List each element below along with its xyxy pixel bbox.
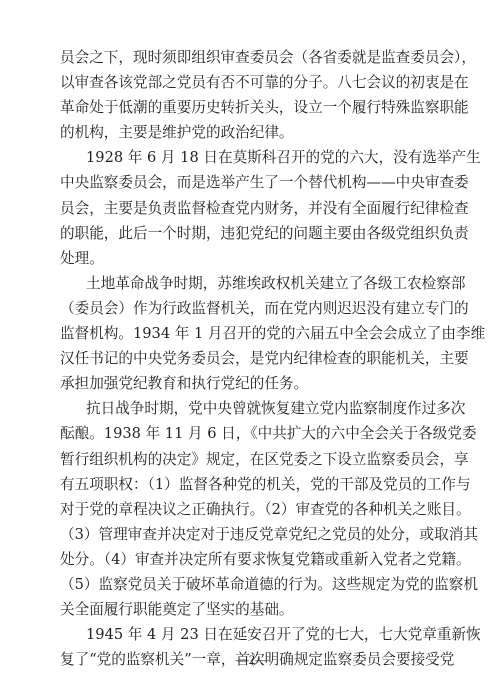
text-line: 的职能，此后一个时期，违犯党纪的问题主要由各级党组织负责 [60, 221, 443, 246]
text-line: 酝酿。1938 年 11 月 6 日，《中共扩大的六中全会关于各级党委 [60, 421, 443, 446]
text-line: 监督机构。1934 年 1 月召开的党的六届五中全会会成立了由李维 [60, 321, 443, 346]
text-line: 中央监察委员会，而是选举产生了一个替代机构——中央审查委 [60, 170, 443, 195]
paragraph: 员会之下，现时须即组织审查委员会（各省委就是监查委员会）， 以审查各该党部之党员… [60, 45, 443, 145]
text-line: 员会，主要是负责监督检查党内财务，并没有全面履行纪律检查 [60, 196, 443, 221]
text-line: 处理。 [60, 246, 443, 271]
text-line: 员会之下，现时须即组织审查委员会（各省委就是监查委员会）， [60, 45, 443, 70]
paragraph: 1928 年 6 月 18 日在莫斯科召开的党的六大，没有选举产生 中央监察委员… [60, 145, 443, 270]
text-line: 抗日战争时期，党中央曾就恢复建立党内监察制度作过多次 [60, 396, 443, 421]
text-line: 1945 年 4 月 23 日在延安召开了党的七大，七大党章重新恢 [60, 622, 443, 647]
text-line: 革命处于低潮的重要历史转折关头，设立一个履行特殊监察职能 [60, 95, 443, 120]
paragraph: 土地革命战争时期，苏维埃政权机关建立了各级工农检察部 （委员会）作为行政监督机关… [60, 271, 443, 396]
text-line: 处分。（4）审查并决定所有要求恢复党籍或重新入党者之党籍。 [60, 547, 443, 572]
text-line: （3）管理审查并决定对于违反党章党纪之党员的处分，或取消其 [60, 522, 443, 547]
text-line: 汉任书记的中央党务委员会，是党内纪律检查的职能机关，主要 [60, 346, 443, 371]
page-number: —2— [0, 652, 504, 668]
text-line: 的机构，主要是维护党的政治纪律。 [60, 120, 443, 145]
text-line: （委员会）作为行政监督机关，而在党内则迟迟没有建立专门的 [60, 296, 443, 321]
text-line: 1928 年 6 月 18 日在莫斯科召开的党的六大，没有选举产生 [60, 145, 443, 170]
text-line: 有五项职权：（1）监督各种党的机关，党的干部及党员的工作与 [60, 472, 443, 497]
text-line: 暂行组织机构的决定》规定，在区党委之下设立监察委员会，享 [60, 447, 443, 472]
text-line: 以审查各该党部之党员有否不可靠的分子。八七会议的初衷是在 [60, 70, 443, 95]
paragraph: 抗日战争时期，党中央曾就恢复建立党内监察制度作过多次 酝酿。1938 年 11 … [60, 396, 443, 622]
text-line: 土地革命战争时期，苏维埃政权机关建立了各级工农检察部 [60, 271, 443, 296]
document-body: 员会之下，现时须即组织审查委员会（各省委就是监查委员会）， 以审查各该党部之党员… [60, 45, 443, 672]
text-line: 关全面履行职能奠定了坚实的基础。 [60, 597, 443, 622]
text-line: 承担加强党纪教育和执行党纪的任务。 [60, 371, 443, 396]
text-line: 对于党的章程决议之正确执行。（2）审查党的各种机关之账目。 [60, 497, 443, 522]
text-line: （5）监察党员关于破坏革命道德的行为。这些规定为党的监察机 [60, 572, 443, 597]
